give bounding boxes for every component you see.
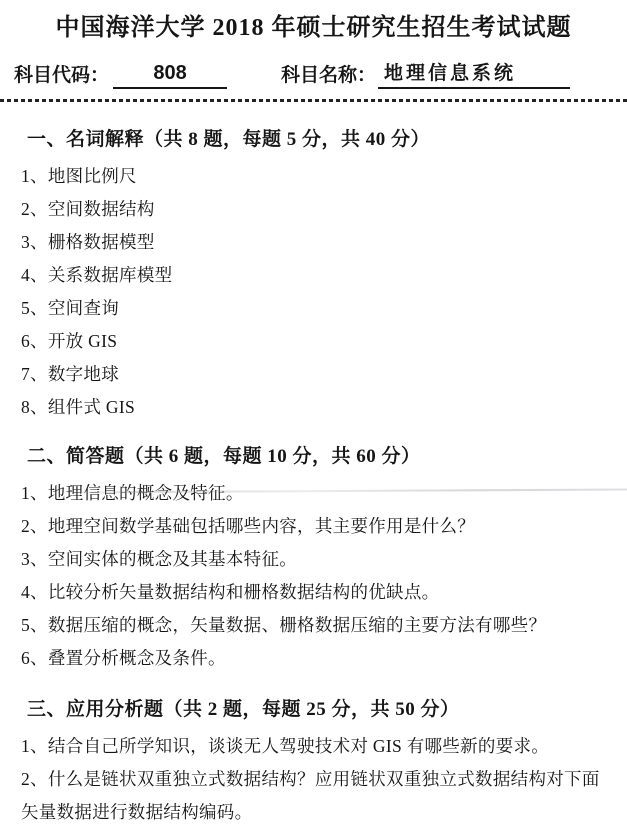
question-list: 1、地图比例尺 2、空间数据结构 3、栅格数据模型 4、关系数据库模型 5、空间… (21, 160, 615, 424)
question-item: 2、什么是链状双重独立式数据结构？应用链状双重独立式数据结构对下面矢量数据进行数… (21, 763, 615, 828)
question-item: 3、栅格数据模型 (21, 226, 615, 259)
question-item: 4、关系数据库模型 (21, 259, 615, 292)
question-list: 1、地理信息的概念及特征。 2、地理空间数学基础包括哪些内容，其主要作用是什么？… (21, 477, 615, 675)
section-heading: 一、名词解释（共 8 题，每题 5 分，共 40 分） (27, 128, 627, 152)
subject-name-value: 地理信息系统 (378, 60, 570, 89)
question-item: 4、比较分析矢量数据结构和栅格数据结构的优缺点。 (21, 576, 615, 609)
section-short-answer: 二、简答题（共 6 题，每题 10 分，共 60 分） 1、地理信息的概念及特征… (0, 445, 627, 675)
question-item: 5、空间查询 (21, 292, 615, 325)
section-heading: 二、简答题（共 6 题，每题 10 分，共 60 分） (27, 445, 627, 469)
question-item: 2、地理空间数学基础包括哪些内容，其主要作用是什么？ (21, 510, 615, 543)
question-item: 8、组件式 GIS (21, 391, 615, 424)
question-item: 3、空间实体的概念及其基本特征。 (21, 543, 615, 576)
page-title: 中国海洋大学 2018 年硕士研究生招生考试试题 (0, 0, 627, 44)
subject-code-label: 科目代码： (14, 62, 109, 89)
question-item: 2、空间数据结构 (21, 193, 615, 226)
question-list: 1、结合自己所学知识，谈谈无人驾驶技术对 GIS 有哪些新的要求。 2、什么是链… (21, 730, 615, 828)
question-item: 6、开放 GIS (21, 325, 615, 358)
question-item: 5、数据压缩的概念，矢量数据、栅格数据压缩的主要方法有哪些？ (21, 609, 615, 642)
subject-code-value: 808 (113, 60, 227, 89)
question-item: 1、结合自己所学知识，谈谈无人驾驶技术对 GIS 有哪些新的要求。 (21, 730, 615, 763)
exam-paper-page: 中国海洋大学 2018 年硕士研究生招生考试试题 科目代码： 808 科目名称：… (0, 0, 627, 828)
section-term-definitions: 一、名词解释（共 8 题，每题 5 分，共 40 分） 1、地图比例尺 2、空间… (0, 128, 627, 424)
section-applied-analysis: 三、应用分析题（共 2 题，每题 25 分，共 50 分） 1、结合自己所学知识… (0, 698, 627, 828)
question-item: 6、叠置分析概念及条件。 (21, 642, 615, 675)
question-item: 7、数字地球 (21, 358, 615, 391)
section-heading: 三、应用分析题（共 2 题，每题 25 分，共 50 分） (27, 698, 627, 722)
dashed-separator (0, 99, 627, 102)
subject-name-label: 科目名称： (281, 62, 376, 89)
subject-header: 科目代码： 808 科目名称： 地理信息系统 (14, 60, 617, 89)
question-item: 1、地图比例尺 (21, 160, 615, 193)
question-item: 1、地理信息的概念及特征。 (21, 477, 615, 510)
